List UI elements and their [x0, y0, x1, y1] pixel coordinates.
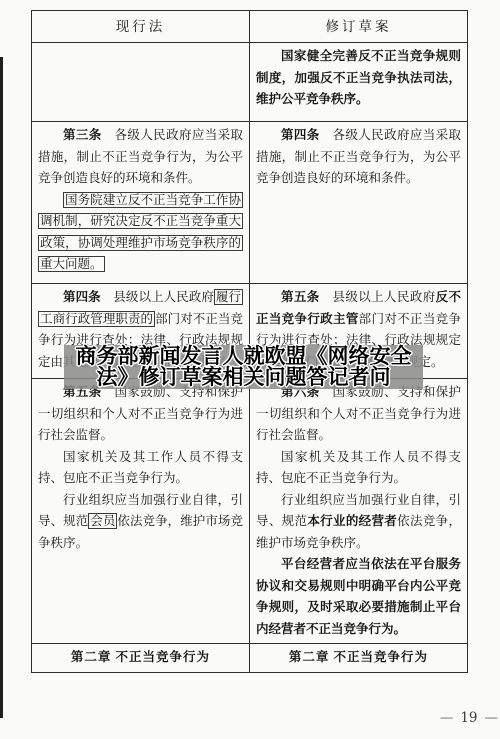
- paragraph: 行业组织应当加强行业自律，引导、规范本行业的经营者依法竞争，维护市场竞争秩序。: [256, 490, 461, 555]
- page-number: — 19 —: [440, 710, 498, 726]
- cell-revision-draft: 国家健全完善反不正当竞争规则制度，加强反不正当竞争执法司法，维护公平竞争秩序。: [250, 43, 468, 122]
- paragraph: 第三条 各级人民政府应当采取措施，制止不正当竞争行为，为公平竞争创造良好的环境和…: [38, 125, 243, 190]
- overlay-caption-line-1: 商务部新闻发言人就欧盟《网络安全: [76, 346, 412, 368]
- text-segment: 第五条: [281, 290, 320, 304]
- page-number-dash-right: —: [485, 710, 499, 726]
- paragraph: 第二章 不正当竞争行为: [256, 647, 461, 669]
- paragraph: 国务院建立反不正当竞争工作协调机制，研究决定反不正当竞争重大政策，协调处理维护市…: [38, 190, 243, 276]
- text-segment: 县级以上人民政府: [320, 290, 436, 304]
- table-header-row: 现行法 修订草案: [32, 11, 468, 43]
- paragraph: 第四条 各级人民政府应当采取措施，制止不正当竞争行为，为公平竞争创造良好的环境和…: [256, 125, 461, 190]
- text-segment: 第三条: [63, 128, 102, 142]
- law-comparison-table: 现行法 修订草案 国家健全完善反不正当竞争规则制度，加强反不正当竞争执法司法，维…: [31, 10, 468, 673]
- text-segment: 平台经营者应当依法在平台服务协议和交易规则中明确平台内公平竞争规则，及时采取必要…: [256, 557, 461, 636]
- page-number-value: 19: [460, 710, 477, 726]
- table-row: 国家健全完善反不正当竞争规则制度，加强反不正当竞争执法司法，维护公平竞争秩序。: [32, 43, 468, 122]
- cell-revision-draft: 第六条 国家鼓励、支持和保护一切组织和个人对不正当竞争行为进行社会监督。国家机关…: [250, 379, 468, 644]
- table-row: 第三条 各级人民政府应当采取措施，制止不正当竞争行为，为公平竞争创造良好的环境和…: [32, 122, 468, 284]
- cell-current-law: 第五条 国家鼓励、支持和保护一切组织和个人对不正当竞争行为进行社会监督。国家机关…: [32, 379, 250, 644]
- page-number-dash-left: —: [440, 710, 454, 726]
- table-row: 第二章 不正当竞争行为 第二章 不正当竞争行为: [32, 644, 468, 673]
- text-segment: 第二章 不正当竞争行为: [289, 650, 428, 664]
- paragraph: 第二章 不正当竞争行为: [38, 647, 243, 669]
- text-segment: 第二章 不正当竞争行为: [71, 650, 210, 664]
- paragraph: 国家机关及其工作人员不得支持、包庇不正当竞争行为。: [256, 447, 461, 490]
- table-row: 第五条 国家鼓励、支持和保护一切组织和个人对不正当竞争行为进行社会监督。国家机关…: [32, 379, 468, 644]
- cell-chapter-heading-current: 第二章 不正当竞争行为: [32, 644, 250, 673]
- column-header-current-law: 现行法: [32, 11, 250, 43]
- paragraph: 国家健全完善反不正当竞争规则制度，加强反不正当竞争执法司法，维护公平竞争秩序。: [256, 46, 461, 111]
- boxed-text-segment: 会员: [88, 513, 117, 529]
- cell-current-law: [32, 43, 250, 122]
- paragraph: 平台经营者应当依法在平台服务协议和交易规则中明确平台内公平竞争规则，及时采取必要…: [256, 554, 461, 640]
- cell-revision-draft: 第四条 各级人民政府应当采取措施，制止不正当竞争行为，为公平竞争创造良好的环境和…: [250, 122, 468, 284]
- paragraph: 第六条 国家鼓励、支持和保护一切组织和个人对不正当竞争行为进行社会监督。: [256, 382, 461, 447]
- overlay-caption-band: 商务部新闻发言人就欧盟《网络安全 法》修订草案相关问题答记者问: [64, 345, 423, 389]
- text-segment: 国家机关及其工作人员不得支持、包庇不正当竞争行为。: [38, 450, 243, 486]
- text-segment: 第四条: [63, 290, 101, 304]
- text-segment: 县级以上人民政府: [101, 290, 214, 304]
- text-segment: 本行业的经营者: [307, 514, 397, 528]
- overlay-caption-line-2: 法》修订草案相关问题答记者问: [97, 367, 391, 389]
- paragraph: 第五条 国家鼓励、支持和保护一切组织和个人对不正当竞争行为进行社会监督。: [38, 382, 243, 447]
- column-header-revision-draft: 修订草案: [250, 11, 468, 43]
- cell-chapter-heading-draft: 第二章 不正当竞争行为: [250, 644, 468, 673]
- scan-edge-shadow: [0, 57, 3, 718]
- text-segment: 国家健全完善反不正当竞争规则制度，加强反不正当竞争执法司法，维护公平竞争秩序。: [256, 49, 461, 106]
- paragraph: 行业组织应当加强行业自律，引导、规范会员依法竞争，维护市场竞争秩序。: [38, 490, 243, 555]
- boxed-text-segment: 国务院建立反不正当竞争工作协调机制，研究决定反不正当竞争重大政策，协调处理维护市…: [38, 192, 243, 273]
- paragraph: 国家机关及其工作人员不得支持、包庇不正当竞争行为。: [38, 447, 243, 490]
- text-segment: 国家机关及其工作人员不得支持、包庇不正当竞争行为。: [256, 450, 461, 486]
- cell-current-law: 第三条 各级人民政府应当采取措施，制止不正当竞争行为，为公平竞争创造良好的环境和…: [32, 122, 250, 284]
- text-segment: 第四条: [281, 128, 320, 142]
